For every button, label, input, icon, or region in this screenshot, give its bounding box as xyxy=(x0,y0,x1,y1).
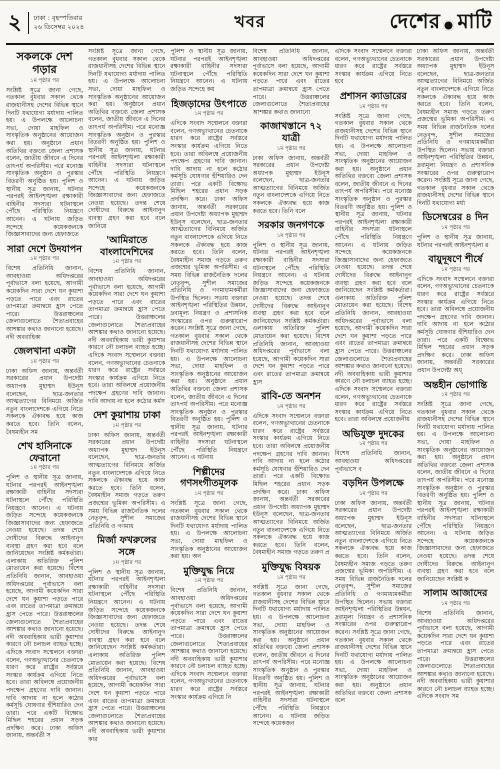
article-body: সংশ্লিষ্ট সূত্রে জানা গেছে, গতকাল বুধবার… xyxy=(88,48,165,230)
news-column-2: সংশ্লিষ্ট সূত্রে জানা গেছে, গতকাল বুধবার… xyxy=(88,48,165,769)
continued-from-label: ১ম পৃষ্ঠার পর xyxy=(170,578,247,585)
article-body: বিশেষ প্রতিনিধি জানান, আবহাওয়া অধিদপ্তর… xyxy=(417,610,494,701)
article-headline: মুক্তিযুদ্ধ বিষয়ক xyxy=(253,562,330,574)
article-headline: শিল্পীদের গণসংগীতমূলক xyxy=(170,467,247,490)
article-body: বিশেষ প্রতিনিধি জানান, আবহাওয়া অধিদপ্তর… xyxy=(170,587,247,701)
article-headline: বায়ুদূষণে শীর্ষে xyxy=(417,254,494,266)
article-body: ঢাকা অফিস জানায়, অন্তর্বর্তী সরকারের প্… xyxy=(335,500,412,705)
article-headline: মুক্তিযুদ্ধ নিয়ে xyxy=(170,566,247,578)
continued-from-label: ১ম পৃষ্ঠার পর xyxy=(88,259,165,266)
article-headline: দেশ কুয়াশায় ঢাকা xyxy=(88,410,165,422)
article-body: সংশ্লিষ্ট সূত্রে জানা গেছে, গতকাল বুধবার… xyxy=(6,87,83,239)
news-column-4: বিশেষ প্রতিনিধি জানান, আবহাওয়া অধিদপ্তর… xyxy=(253,48,330,769)
columns: সকলকে দেশ গড়ার১ম পৃষ্ঠার পরসংশ্লিষ্ট সূ… xyxy=(0,45,500,769)
article-body: এদিকে সংবাদ সম্মেলনে বক্তারা বলেন, গণঅভ্… xyxy=(417,276,494,375)
continued-from-label: ১ম পৃষ্ঠার পর xyxy=(6,78,83,85)
article-body: বিশেষ প্রতিনিধি জানান, আবহাওয়া অধিদপ্তর… xyxy=(335,450,412,473)
continued-from-label: ১ম পৃষ্ঠার পর xyxy=(88,423,165,430)
article-body: এদিকে সংবাদ সম্মেলনে বক্তারা বলেন, গণঅভ্… xyxy=(335,48,412,86)
news-column-5: এদিকে সংবাদ সম্মেলনে বক্তারা বলেন, গণঅভ্… xyxy=(335,48,412,769)
continued-from-label: ১ম পৃষ্ঠার পর xyxy=(417,392,494,399)
continued-from-label: ১ম পৃষ্ঠার পর xyxy=(417,601,494,608)
article-headline: হিজড়াদের উৎপাতে xyxy=(170,99,247,111)
continued-from-label: ১ম পৃষ্ঠার পর xyxy=(253,404,330,411)
section-title: খবর xyxy=(234,9,265,36)
article-headline: মির্জা ফখরুলের সঙ্গে xyxy=(88,535,165,558)
article-body: ঢাকা অফিস জানায়, অন্তর্বর্তী সরকারের প্… xyxy=(6,368,83,436)
dateline: ঢাকা : বৃহস্পতিবার ২৬ ডিসেম্বর ২০২৪ xyxy=(34,14,84,32)
continued-from-label: ১ম পৃষ্ঠার পর xyxy=(417,267,494,274)
article-headline: সরকার জনগণকে xyxy=(253,220,330,232)
article-body: ঢাকা অফিস জানায়, অন্তর্বর্তী সরকারের প্… xyxy=(417,48,494,207)
article-body: সংশ্লিষ্ট সূত্রে জানা গেছে, গতকাল বুধবার… xyxy=(253,584,330,728)
article-body: পুলিশ ও স্থানীয় সূত্র জানায়, ঘটনার পরপ… xyxy=(253,242,330,386)
continued-from-label: ১ম পৃষ্ঠার পর xyxy=(253,575,330,582)
continued-from-label: ১ম পৃষ্ঠার পর xyxy=(6,465,83,472)
continued-from-label: ১ম পৃষ্ঠার পর xyxy=(6,256,83,263)
article-headline: শেখ হাসিনাকে ফেরানো xyxy=(6,441,83,464)
header-divider xyxy=(28,12,29,34)
article-body: পুলিশ ও স্থানীয় সূত্র জানায়, ঘটনার পরপ… xyxy=(88,569,165,744)
continued-from-label: ১ম পৃষ্ঠার পর xyxy=(335,491,412,498)
article-body: এদিকে সংবাদ সম্মেলনে বক্তারা বলেন, গণঅভ্… xyxy=(170,120,247,462)
article-headline: অন্তহীন ভোগান্তি xyxy=(417,380,494,392)
article-headline: অভিযুক্ত দুদকের xyxy=(335,429,412,441)
article-headline: সালাম আজাদের xyxy=(417,588,494,600)
masthead-dot-icon xyxy=(443,20,454,31)
article-headline: প্রশাসন ক্যাডারের xyxy=(335,91,412,103)
news-column-1: সকলকে দেশ গড়ার১ম পৃষ্ঠার পরসংশ্লিষ্ট সূ… xyxy=(6,48,83,769)
continued-from-label: ১ম পৃষ্ঠার পর xyxy=(253,233,330,240)
masthead-word-right: মাটি xyxy=(457,7,492,40)
article-body: বিশেষ প্রতিনিধি জানান, আবহাওয়া অধিদপ্তর… xyxy=(88,268,165,405)
continued-from-label: ১ম পৃষ্ঠার পর xyxy=(417,225,494,232)
article-body: পুলিশ ও স্থানীয় সূত্র জানায়, ঘটনার পরপ… xyxy=(6,474,83,740)
article-body: পুলিশ ও স্থানীয় সূত্র জানায়, ঘটনার পরপ… xyxy=(417,234,494,249)
article-headline: বড়দিন উপলক্ষে xyxy=(335,478,412,490)
continued-from-label: ১ম পৃষ্ঠার পর xyxy=(253,146,330,153)
continued-from-label: ১ম পৃষ্ঠার পর xyxy=(170,111,247,118)
continued-from-label: ১ম পৃষ্ঠার পর xyxy=(335,441,412,448)
page-number: ২ xyxy=(6,12,28,35)
dateline-city-day: ঢাকা : বৃহস্পতিবার xyxy=(34,14,84,23)
continued-from-label: ১ম পৃষ্ঠার পর xyxy=(88,560,165,567)
newspaper-page: ২ ঢাকা : বৃহস্পতিবার ২৬ ডিসেম্বর ২০২৪ খব… xyxy=(0,3,500,769)
article-body: পুলিশ ও স্থানীয় সূত্র জানায়, ঘটনার পরপ… xyxy=(170,48,247,94)
continued-from-label: ১ম পৃষ্ঠার পর xyxy=(6,359,83,366)
article-headline: ডিসেম্বরের ৪ দিন xyxy=(417,212,494,224)
news-column-3: পুলিশ ও স্থানীয় সূত্র জানায়, ঘটনার পরপ… xyxy=(170,48,247,769)
article-body: ঢাকা অফিস জানায়, অন্তর্বর্তী সরকারের প্… xyxy=(88,432,165,531)
article-headline: রাবি-তে অনশন xyxy=(253,391,330,403)
article-body: বিশেষ প্রতিনিধি জানান, আবহাওয়া অধিদপ্তর… xyxy=(6,265,83,341)
article-body: ঢাকা অফিস জানায়, অন্তর্বর্তী সরকারের প্… xyxy=(253,155,330,216)
article-body: এদিকে সংবাদ সম্মেলনে বক্তারা বলেন, গণঅভ্… xyxy=(253,413,330,557)
article-body: সংশ্লিষ্ট সূত্রে জানা গেছে, গতকাল বুধবার… xyxy=(170,500,247,561)
page-header: ২ ঢাকা : বৃহস্পতিবার ২৬ ডিসেম্বর ২০২৪ খব… xyxy=(6,3,494,45)
article-headline: জেলখানা একটা xyxy=(6,346,83,358)
article-headline: কাজাখস্তানে ৭২ যাত্রী xyxy=(253,121,330,144)
news-column-6: ঢাকা অফিস জানায়, অন্তর্বর্তী সরকারের প্… xyxy=(417,48,494,769)
dateline-date: ২৬ ডিসেম্বর ২০২৪ xyxy=(34,23,84,32)
article-body: সংশ্লিষ্ট সূত্রে জানা গেছে, গতকাল বুধবার… xyxy=(335,113,412,424)
article-headline: সারা দেশে উদযাপন xyxy=(6,244,83,256)
article-headline: 'আমিরাতে বাংলাদেশিদের xyxy=(88,235,165,258)
continued-from-label: ১ম পৃষ্ঠার পর xyxy=(170,491,247,498)
article-body: বিশেষ প্রতিনিধি জানান, আবহাওয়া অধিদপ্তর… xyxy=(253,48,330,116)
article-body: সংশ্লিষ্ট সূত্রে জানা গেছে, গতকাল বুধবার… xyxy=(417,401,494,583)
masthead: দেশের মাটি xyxy=(389,7,494,40)
continued-from-label: ১ম পৃষ্ঠার পর xyxy=(335,104,412,111)
article-headline: সকলকে দেশ গড়ার xyxy=(6,50,83,77)
masthead-word-left: দেশের xyxy=(389,7,440,40)
